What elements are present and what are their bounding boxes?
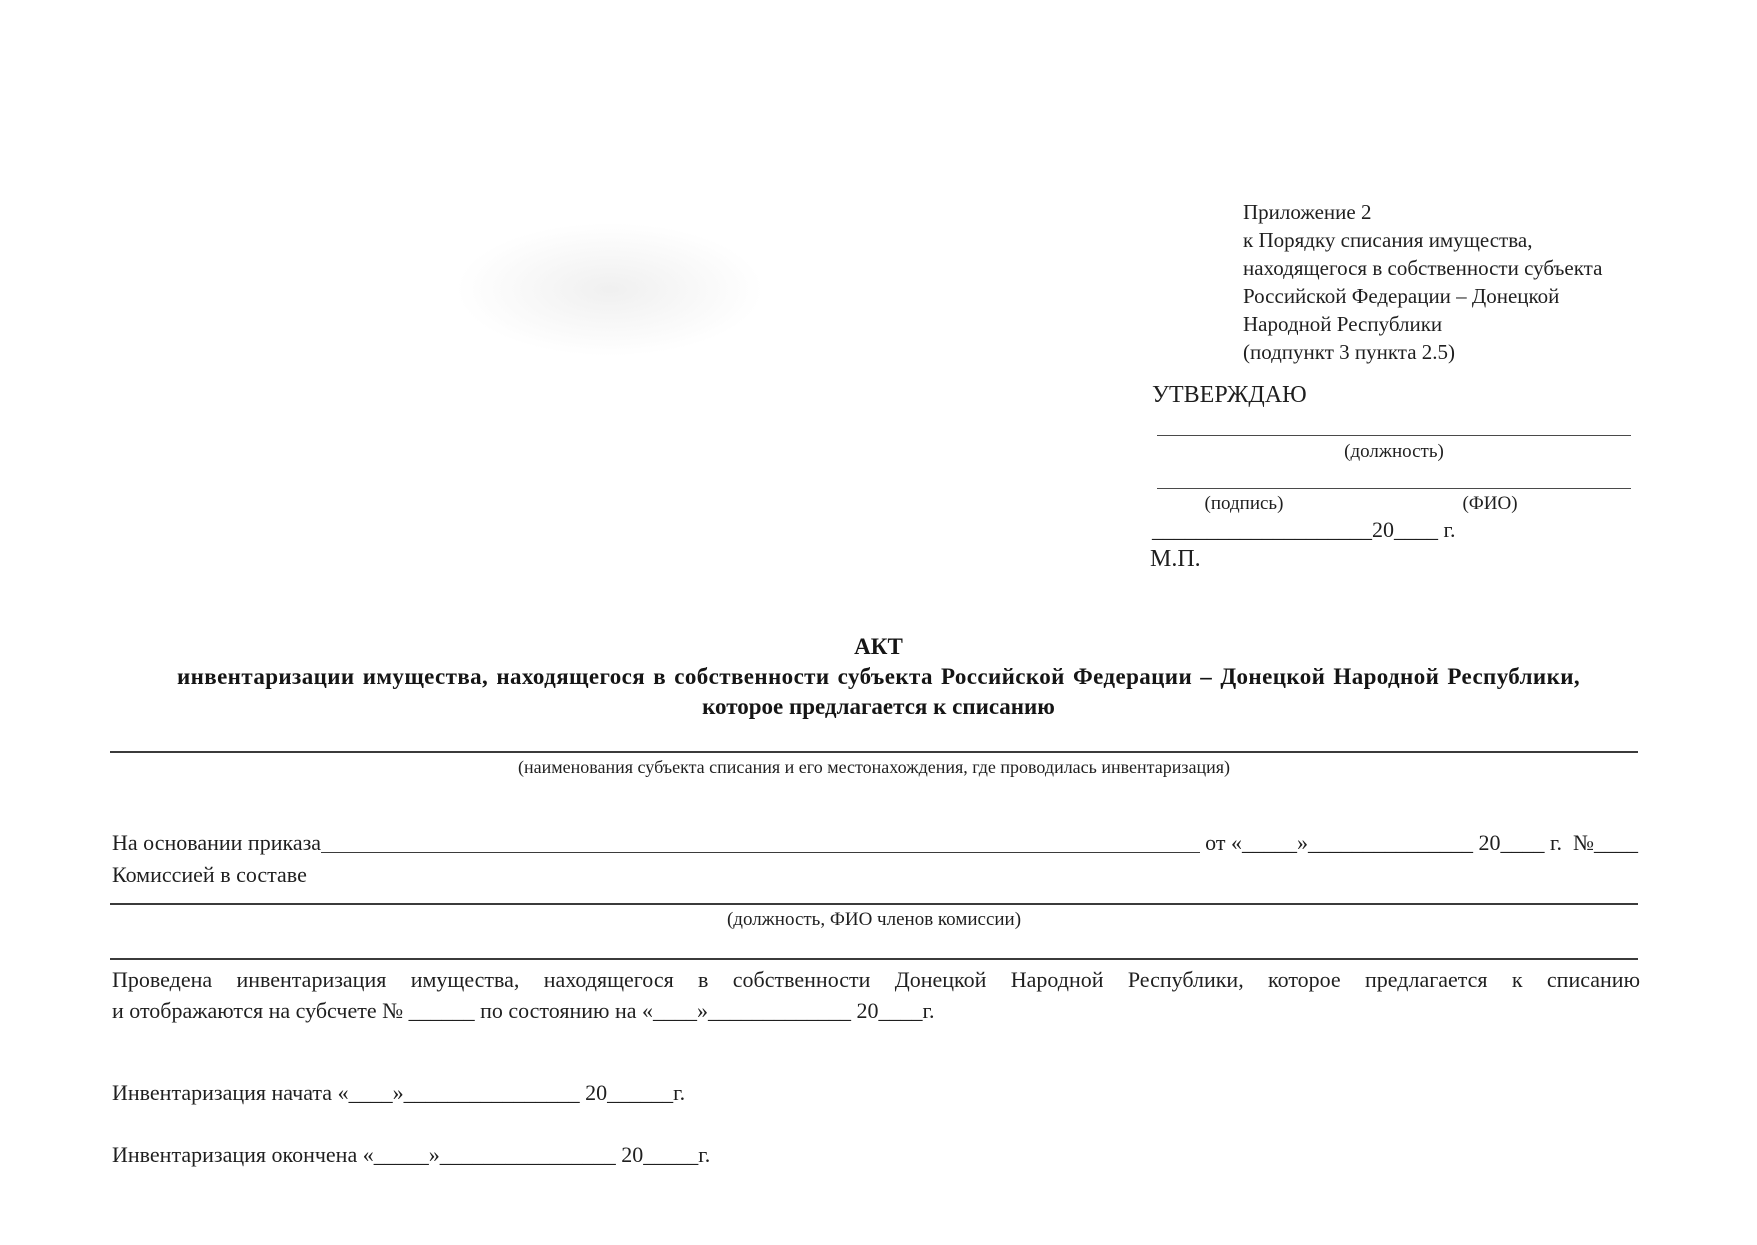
order-blank-line bbox=[321, 830, 1200, 853]
inventory-started-row: Инвентаризация начата «____»____________… bbox=[112, 1080, 685, 1106]
commission-caption: (должность, ФИО членов комиссии) bbox=[110, 909, 1638, 931]
stamp-place-mark: М.П. bbox=[1150, 546, 1201, 573]
scan-artifact bbox=[455, 222, 765, 357]
document-page: Приложение 2к Порядку списания имущества… bbox=[0, 0, 1757, 1245]
appendix-block: Приложение 2к Порядку списания имущества… bbox=[1243, 198, 1673, 366]
signature-caption: (подпись) bbox=[1169, 493, 1319, 515]
position-blank-line bbox=[1157, 411, 1631, 436]
document-title: АКТ bbox=[0, 634, 1757, 660]
appendix-line-2: к Порядку списания имущества, bbox=[1243, 226, 1673, 254]
order-label: На основании приказа bbox=[112, 830, 321, 856]
commission-label: Комиссией в составе bbox=[112, 862, 307, 888]
inventory-paragraph-line1: Проведена инвентаризация имущества, нахо… bbox=[112, 966, 1640, 994]
subject-caption: (наименования субъекта списания и его ме… bbox=[110, 757, 1638, 778]
document-title-line3: которое предлагается к списанию bbox=[0, 694, 1757, 720]
subject-blank-line bbox=[110, 751, 1638, 753]
name-caption: (ФИО) bbox=[1415, 493, 1565, 515]
order-row: На основании приказа от «_____»_________… bbox=[112, 830, 1638, 856]
inventory-finished-row: Инвентаризация окончена «_____»_________… bbox=[112, 1142, 710, 1168]
commission-blank-line-2 bbox=[110, 958, 1638, 960]
appendix-line-4: Российской Федерации – Донецкой bbox=[1243, 282, 1673, 310]
appendix-line-6: (подпункт 3 пункта 2.5) bbox=[1243, 338, 1673, 366]
signature-name-blank-line bbox=[1157, 464, 1631, 489]
appendix-line-1: Приложение 2 bbox=[1243, 198, 1673, 226]
approval-date-blank: ____________________20____ г. bbox=[1152, 517, 1456, 543]
appendix-line-5: Народной Республики bbox=[1243, 310, 1673, 338]
document-title-line2: инвентаризации имущества, находящегося в… bbox=[0, 664, 1757, 690]
inventory-paragraph-line2: и отображаются на субсчете № ______ по с… bbox=[112, 998, 935, 1024]
appendix-line-3: находящегося в собственности субъекта bbox=[1243, 254, 1673, 282]
approval-header: УТВЕРЖДАЮ bbox=[1152, 382, 1307, 409]
signature-captions-row: (подпись) (ФИО) bbox=[1157, 493, 1631, 517]
commission-blank-line bbox=[110, 903, 1638, 905]
position-caption: (должность) bbox=[1157, 441, 1631, 463]
order-date-number-blanks: от «_____»_______________ 20____ г. №___… bbox=[1200, 830, 1638, 856]
